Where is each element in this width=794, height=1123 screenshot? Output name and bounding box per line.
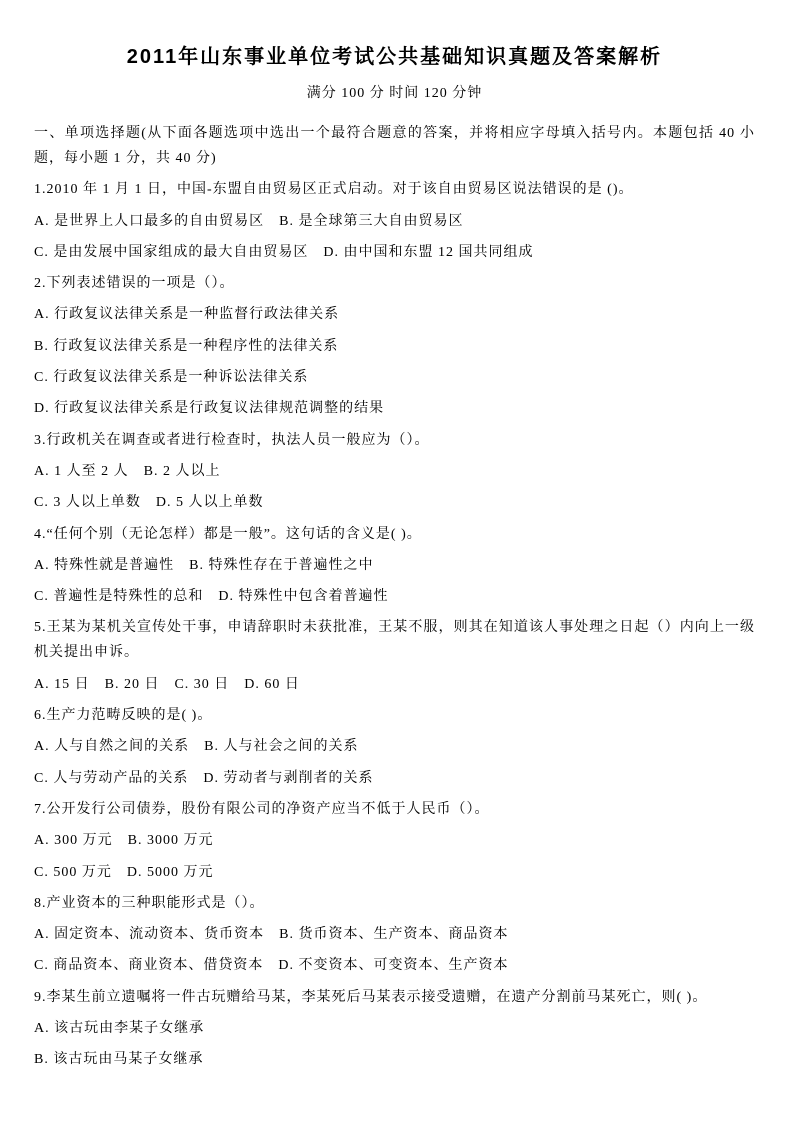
question-1-options-line-1: A. 是世界上人口最多的自由贸易区 B. 是全球第三大自由贸易区 — [34, 209, 755, 234]
question-8-stem: 8.产业资本的三种职能形式是（）。 — [34, 891, 755, 916]
question-2-options-line-1: A. 行政复议法律关系是一种监督行政法律关系 — [34, 302, 755, 327]
question-2-options-line-4: D. 行政复议法律关系是行政复议法律规范调整的结果 — [34, 396, 755, 421]
section-header: 一、单项选择题(从下面各题选项中选出一个最符合题意的答案，并将相应字母填入括号内… — [34, 121, 755, 171]
question-4-options-line-1: A. 特殊性就是普遍性 B. 特殊性存在于普遍性之中 — [34, 553, 755, 578]
question-1-stem: 1.2010 年 1 月 1 日，中国-东盟自由贸易区正式启动。对于该自由贸易区… — [34, 177, 755, 202]
question-4-stem: 4.“任何个别（无论怎样）都是一般”。这句话的含义是( )。 — [34, 522, 755, 547]
question-3-options-line-2: C. 3 人以上单数 D. 5 人以上单数 — [34, 490, 755, 515]
question-7-options-line-2: C. 500 万元 D. 5000 万元 — [34, 860, 755, 885]
question-3-options-line-1: A. 1 人至 2 人 B. 2 人以上 — [34, 459, 755, 484]
question-3-stem: 3.行政机关在调查或者进行检查时，执法人员一般应为（）。 — [34, 428, 755, 453]
question-9-options-line-1: A. 该古玩由李某子女继承 — [34, 1016, 755, 1041]
question-2-options-line-2: B. 行政复议法律关系是一种程序性的法律关系 — [34, 334, 755, 359]
question-7-stem: 7.公开发行公司债券，股份有限公司的净资产应当不低于人民币（）。 — [34, 797, 755, 822]
question-5-stem: 5.王某为某机关宣传处干事，申请辞职时未获批准，王某不服，则其在知道该人事处理之… — [34, 615, 755, 665]
question-2-options-line-3: C. 行政复议法律关系是一种诉讼法律关系 — [34, 365, 755, 390]
question-2-stem: 2.下列表述错误的一项是（）。 — [34, 271, 755, 296]
document-page: 2011年山东事业单位考试公共基础知识真题及答案解析 满分 100 分 时间 1… — [0, 0, 794, 1123]
question-9-stem: 9.李某生前立遗嘱将一件古玩赠给马某，李某死后马某表示接受遗赠，在遗产分割前马某… — [34, 985, 755, 1010]
document-title: 2011年山东事业单位考试公共基础知识真题及答案解析 — [34, 45, 755, 69]
question-9-options-line-2: B. 该古玩由马某子女继承 — [34, 1047, 755, 1072]
question-8-options-line-1: A. 固定资本、流动资本、货币资本 B. 货币资本、生产资本、商品资本 — [34, 922, 755, 947]
question-7-options-line-1: A. 300 万元 B. 3000 万元 — [34, 828, 755, 853]
question-4-options-line-2: C. 普遍性是特殊性的总和 D. 特殊性中包含着普遍性 — [34, 584, 755, 609]
question-6-stem: 6.生产力范畴反映的是( )。 — [34, 703, 755, 728]
question-6-options-line-2: C. 人与劳动产品的关系 D. 劳动者与剥削者的关系 — [34, 766, 755, 791]
question-1-options-line-2: C. 是由发展中国家组成的最大自由贸易区 D. 由中国和东盟 12 国共同组成 — [34, 240, 755, 265]
question-6-options-line-1: A. 人与自然之间的关系 B. 人与社会之间的关系 — [34, 734, 755, 759]
question-list: 1.2010 年 1 月 1 日，中国-东盟自由贸易区正式启动。对于该自由贸易区… — [34, 177, 755, 1072]
question-5-options-line-1: A. 15 日 B. 20 日 C. 30 日 D. 60 日 — [34, 672, 755, 697]
document-subtitle: 满分 100 分 时间 120 分钟 — [34, 86, 755, 102]
document-body: 一、单项选择题(从下面各题选项中选出一个最符合题意的答案，并将相应字母填入括号内… — [34, 121, 755, 1072]
question-8-options-line-2: C. 商品资本、商业资本、借贷资本 D. 不变资本、可变资本、生产资本 — [34, 953, 755, 978]
